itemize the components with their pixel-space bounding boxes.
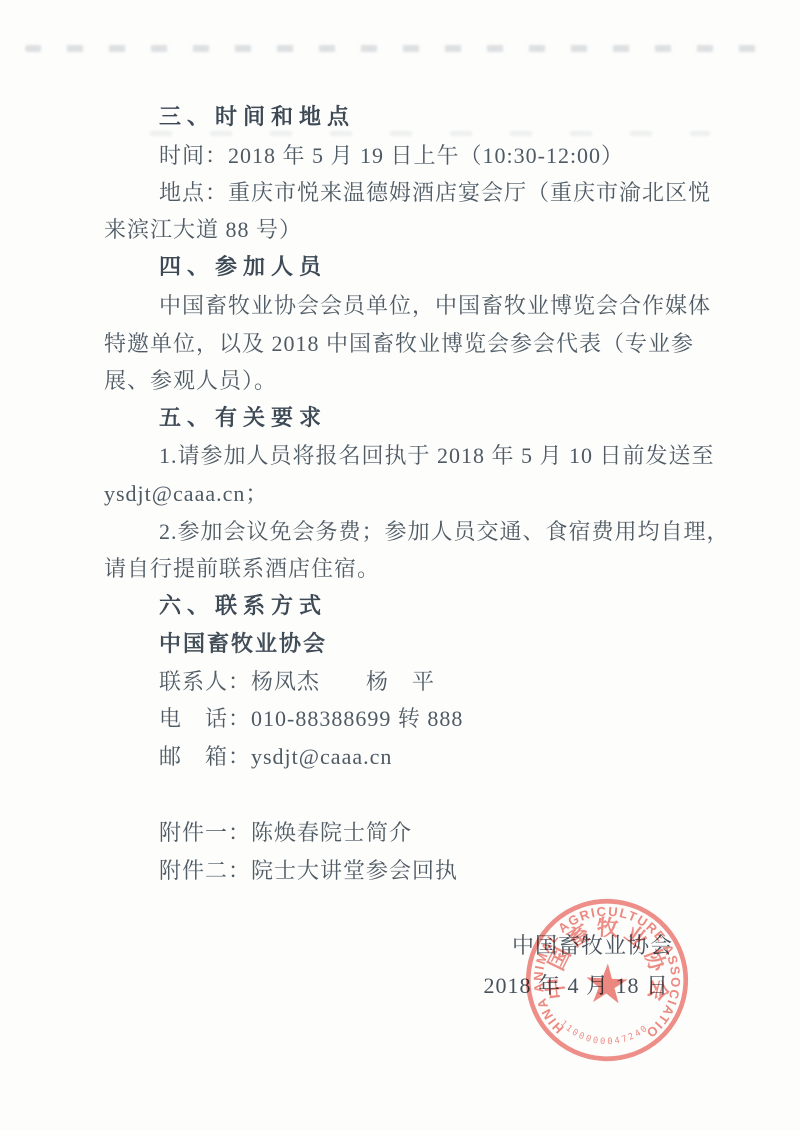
seal-serial-number: 1100000047240 bbox=[557, 1018, 652, 1049]
official-seal: CHINA ANIMAL AGRICULTURE ASSOCIATION 中国畜… bbox=[517, 890, 698, 1071]
place-line-1: 地点：重庆市悦来温德姆酒店宴会厅（重庆市渝北区悦 bbox=[159, 178, 711, 208]
scan-artifact-top bbox=[25, 45, 770, 52]
participants-line-2: 特邀单位，以及 2018 中国畜牧业博览会参会代表（专业参 bbox=[104, 329, 694, 359]
section-6-heading: 六、联系方式 bbox=[159, 592, 327, 622]
time-line: 时间：2018 年 5 月 19 日上午（10:30-12:00） bbox=[159, 141, 624, 171]
svg-text:1100000047240: 1100000047240 bbox=[557, 1018, 652, 1049]
requirement-2-line-1: 2.参加会议免会务费；参加人员交通、食宿费用均自理， bbox=[159, 517, 730, 547]
requirement-1-line-1: 1.请参加人员将报名回执于 2018 年 5 月 10 日前发送至 bbox=[159, 441, 715, 471]
attachment-1-line: 附件一：陈焕春院士简介 bbox=[159, 818, 412, 848]
email-line: 邮 箱：ysdjt@caaa.cn bbox=[159, 742, 392, 772]
org-name-line: 中国畜牧业协会 bbox=[159, 630, 327, 660]
phone-line: 电 话：010-88388699 转 888 bbox=[159, 704, 463, 734]
participants-line-1: 中国畜牧业协会会员单位，中国畜牧业博览会合作媒体 bbox=[159, 291, 711, 321]
participants-line-3: 展、参观人员）。 bbox=[104, 366, 277, 396]
attachment-2-line: 附件二：院士大讲堂参会回执 bbox=[159, 856, 458, 886]
contact-person-line: 联系人：杨凤杰 杨 平 bbox=[159, 667, 435, 697]
document-page: 三、时间和地点 时间：2018 年 5 月 19 日上午（10:30-12:00… bbox=[0, 0, 800, 1131]
seal-star-icon bbox=[585, 962, 628, 1003]
section-3-heading: 三、时间和地点 bbox=[159, 103, 355, 133]
requirement-1-line-2: ysdjt@caaa.cn； bbox=[104, 479, 268, 509]
section-4-heading: 四、参加人员 bbox=[159, 253, 327, 283]
section-5-heading: 五、有关要求 bbox=[159, 404, 327, 434]
requirement-2-line-2: 请自行提前联系酒店住宿。 bbox=[104, 554, 380, 584]
place-line-2: 来滨江大道 88 号） bbox=[104, 215, 302, 245]
